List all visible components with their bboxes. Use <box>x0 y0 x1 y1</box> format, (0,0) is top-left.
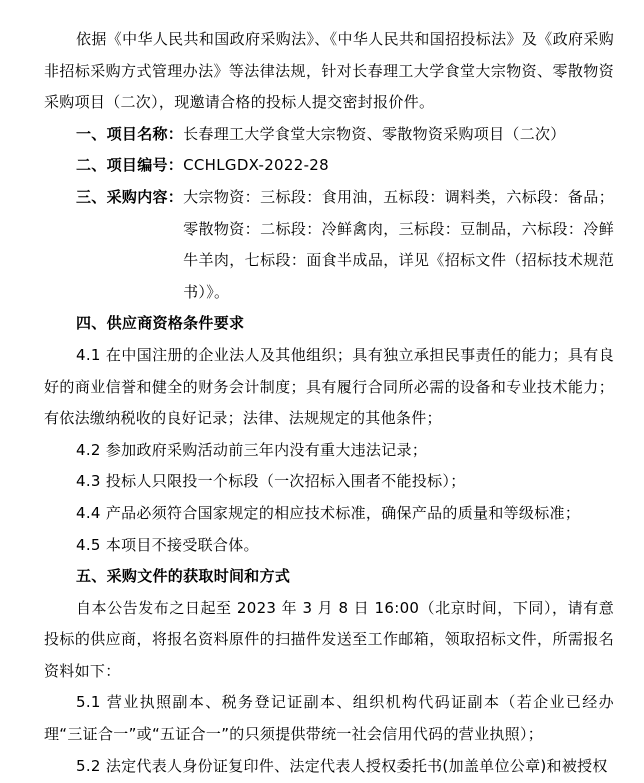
document-acquisition-intro: 自本公告发布之日起至 2023 年 3 月 8 日 16:00（北京时间，下同）… <box>44 593 614 688</box>
requirement-item: 4.4 产品必须符合国家规定的相应技术标准，确保产品的质量和等级标准； <box>44 498 614 530</box>
project-name-label: 一、项目名称： <box>76 119 183 151</box>
requirement-item: 4.5 本项目不接受联合体。 <box>44 530 614 562</box>
project-name-value: 长春理工大学食堂大宗物资、零散物资采购项目（二次） <box>183 119 614 151</box>
supplier-requirements-heading: 四、供应商资格条件要求 <box>44 308 614 340</box>
document-page: 依据《中华人民共和国政府采购法》、《中华人民共和国招投标法》及《政府采购非招标采… <box>44 24 614 782</box>
registration-material-item: 5.1 营业执照副本、税务登记证副本、组织机构代码证副本（若企业已经办理“三证合… <box>44 687 614 750</box>
registration-material-item: 5.2 法定代表人身份证复印件、法定代表人授权委托书(加盖单位公章)和被授权 <box>44 751 614 783</box>
requirement-item: 4.3 投标人只限投一个标段（一次招标入围者不能投标）； <box>44 466 614 498</box>
intro-paragraph: 依据《中华人民共和国政府采购法》、《中华人民共和国招投标法》及《政府采购非招标采… <box>44 24 614 119</box>
project-number-row: 二、项目编号： CCHLGDX-2022-28 <box>44 150 614 182</box>
procurement-content-row: 三、采购内容： 大宗物资：三标段：食用油，五标段：调料类，六标段：备品；零散物资… <box>44 182 614 308</box>
requirement-item: 4.1 在中国注册的企业法人及其他组织；具有独立承担民事责任的能力；具有良好的商… <box>44 340 614 435</box>
procurement-content-label: 三、采购内容： <box>76 182 183 308</box>
project-number-value: CCHLGDX-2022-28 <box>183 150 614 182</box>
procurement-content-value: 大宗物资：三标段：食用油，五标段：调料类，六标段：备品；零散物资：二标段：冷鲜禽… <box>183 182 614 308</box>
project-name-row: 一、项目名称： 长春理工大学食堂大宗物资、零散物资采购项目（二次） <box>44 119 614 151</box>
requirement-item: 4.2 参加政府采购活动前三年内没有重大违法记录； <box>44 435 614 467</box>
project-number-label: 二、项目编号： <box>76 150 183 182</box>
document-acquisition-heading: 五、采购文件的获取时间和方式 <box>44 561 614 593</box>
